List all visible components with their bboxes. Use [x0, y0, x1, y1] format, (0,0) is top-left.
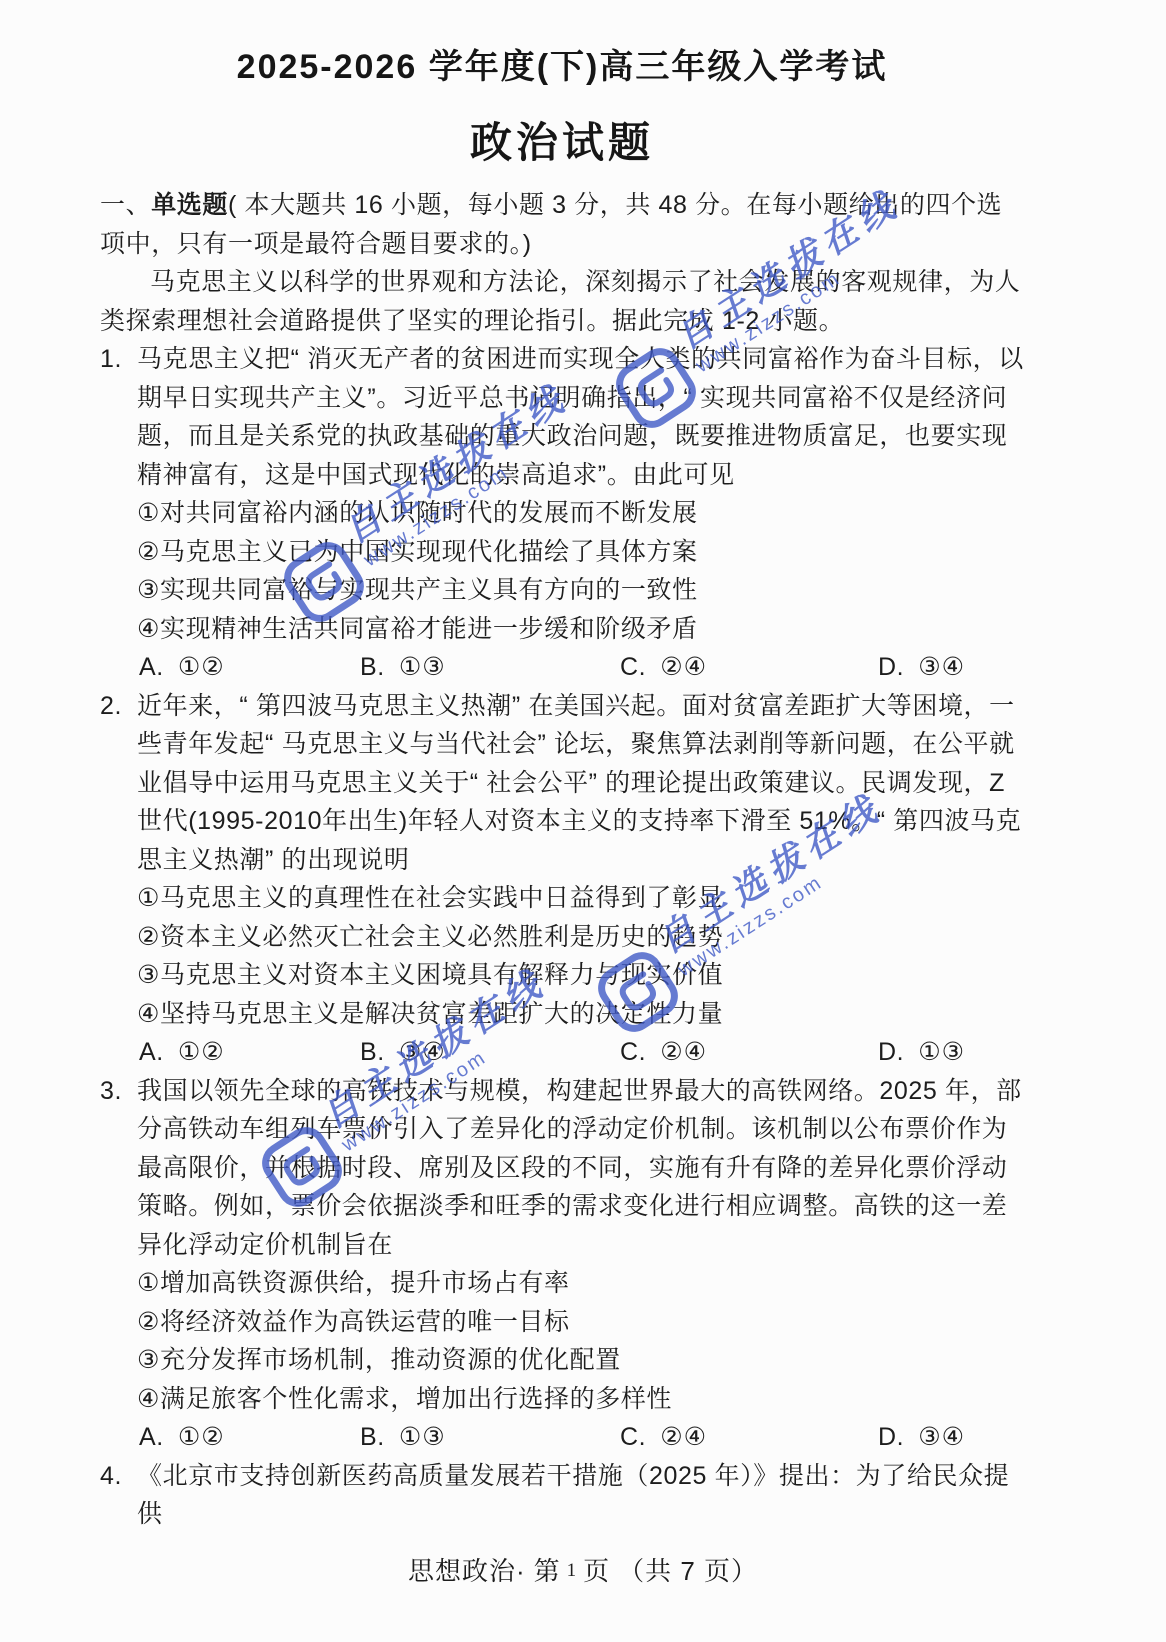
exam-paper-page: 2025-2026 学年度(下)高三年级入学考试 政治试题 一、单选题( 本大题… [0, 0, 1166, 1642]
option-c: C.②④ [620, 648, 707, 687]
option-a: A.①② [139, 648, 225, 687]
option-d: D.①③ [878, 1033, 965, 1072]
page-footer: 思想政治·第1页（共 7 页） [0, 1551, 1166, 1588]
question-1-stem: 1.马克思主义把“ 消灭无产者的贫困进而实现全人类的共同富裕作为奋斗目标，以期早… [100, 340, 1024, 494]
question-2-options: A.①② B.③④ C.②④ D.①③ [100, 1033, 1024, 1072]
question-2-item-2: ②资本主义必然灭亡社会主义必然胜利是历史的趋势 [100, 918, 1024, 957]
question-4-text: 《北京市支持创新医药高质量发展若干措施（2025 年）》提出：为了给民众提供 [137, 1462, 1009, 1529]
question-4-stem: 4.《北京市支持创新医药高质量发展若干措施（2025 年）》提出：为了给民众提供 [100, 1457, 1024, 1534]
exam-title: 2025-2026 学年度(下)高三年级入学考试 [100, 46, 1024, 88]
subject-title: 政治试题 [100, 118, 1024, 168]
question-3-number: 3. [100, 1072, 137, 1111]
question-2-stem: 2.近年来，“ 第四波马克思主义热潮” 在美国兴起。面对贫富差距扩大等困境，一些… [100, 687, 1024, 880]
question-3-item-4: ④满足旅客个性化需求，增加出行选择的多样性 [100, 1380, 1024, 1419]
question-2-text: 近年来，“ 第四波马克思主义热潮” 在美国兴起。面对贫富差距扩大等困境，一些青年… [137, 692, 1021, 874]
question-1-item-2: ②马克思主义已为中国实现现代化描绘了具体方案 [100, 533, 1024, 572]
question-1-item-1: ①对共同富裕内涵的认识随时代的发展而不断发展 [100, 494, 1024, 533]
question-1-item-3: ③实现共同富裕与实现共产主义具有方向的一致性 [100, 571, 1024, 610]
question-2: 2.近年来，“ 第四波马克思主义热潮” 在美国兴起。面对贫富差距扩大等困境，一些… [100, 687, 1024, 1072]
question-3-text: 我国以领先全球的高铁技术与规模，构建起世界最大的高铁网络。2025 年，部分高铁… [137, 1077, 1022, 1259]
page-content: 2025-2026 学年度(下)高三年级入学考试 政治试题 一、单选题( 本大题… [100, 46, 1024, 1534]
option-a: A.①② [139, 1033, 225, 1072]
footer-page-unit: 页 [583, 1556, 610, 1586]
footer-page-number: 1 [561, 1560, 584, 1581]
section-type: 单选题 [151, 191, 228, 219]
question-1-options: A.①② B.①③ C.②④ D.③④ [100, 648, 1024, 687]
option-c: C.②④ [620, 1418, 707, 1457]
question-1-number: 1. [100, 340, 137, 379]
option-a: A.①② [139, 1418, 225, 1457]
question-3-options: A.①② B.①③ C.②④ D.③④ [100, 1418, 1024, 1457]
section-header: 一、单选题( 本大题共 16 小题，每小题 3 分，共 48 分。在每小题给出的… [100, 186, 1024, 263]
question-3-item-2: ②将经济效益作为高铁运营的唯一目标 [100, 1303, 1024, 1342]
question-1: 1.马克思主义把“ 消灭无产者的贫困进而实现全人类的共同富裕作为奋斗目标，以期早… [100, 340, 1024, 687]
question-1-item-4: ④实现精神生活共同富裕才能进一步缓和阶级矛盾 [100, 610, 1024, 649]
question-3-stem: 3.我国以领先全球的高铁技术与规模，构建起世界最大的高铁网络。2025 年，部分… [100, 1072, 1024, 1265]
question-2-item-1: ①马克思主义的真理性在社会实践中日益得到了彰显 [100, 879, 1024, 918]
option-b: B.①③ [360, 648, 446, 687]
footer-course-label: 思想政治· [408, 1556, 526, 1586]
question-3: 3.我国以领先全球的高铁技术与规模，构建起世界最大的高铁网络。2025 年，部分… [100, 1072, 1024, 1457]
footer-total-pages: （共 7 页） [618, 1556, 758, 1586]
question-2-item-3: ③马克思主义对资本主义困境具有解释力与现实价值 [100, 956, 1024, 995]
question-2-number: 2. [100, 687, 137, 726]
question-3-item-3: ③充分发挥市场机制，推动资源的优化配置 [100, 1341, 1024, 1380]
section-label: 一、 [100, 191, 151, 219]
question-4-number: 4. [100, 1457, 137, 1496]
option-d: D.③④ [878, 1418, 965, 1457]
question-1-text: 马克思主义把“ 消灭无产者的贫困进而实现全人类的共同富裕作为奋斗目标，以期早日实… [137, 345, 1024, 489]
option-d: D.③④ [878, 648, 965, 687]
question-4: 4.《北京市支持创新医药高质量发展若干措施（2025 年）》提出：为了给民众提供 [100, 1457, 1024, 1534]
option-c: C.②④ [620, 1033, 707, 1072]
question-2-item-4: ④坚持马克思主义是解决贫富差距扩大的决定性力量 [100, 995, 1024, 1034]
question-3-item-1: ①增加高铁资源供给，提升市场占有率 [100, 1264, 1024, 1303]
intro-paragraph: 马克思主义以科学的世界观和方法论，深刻揭示了社会发展的客观规律，为人类探索理想社… [100, 263, 1024, 340]
footer-page-word: 第 [534, 1556, 561, 1586]
section-instructions: ( 本大题共 16 小题，每小题 3 分，共 48 分。在每小题给出的四个选项中… [100, 191, 1002, 258]
option-b: B.③④ [360, 1033, 446, 1072]
option-b: B.①③ [360, 1418, 446, 1457]
